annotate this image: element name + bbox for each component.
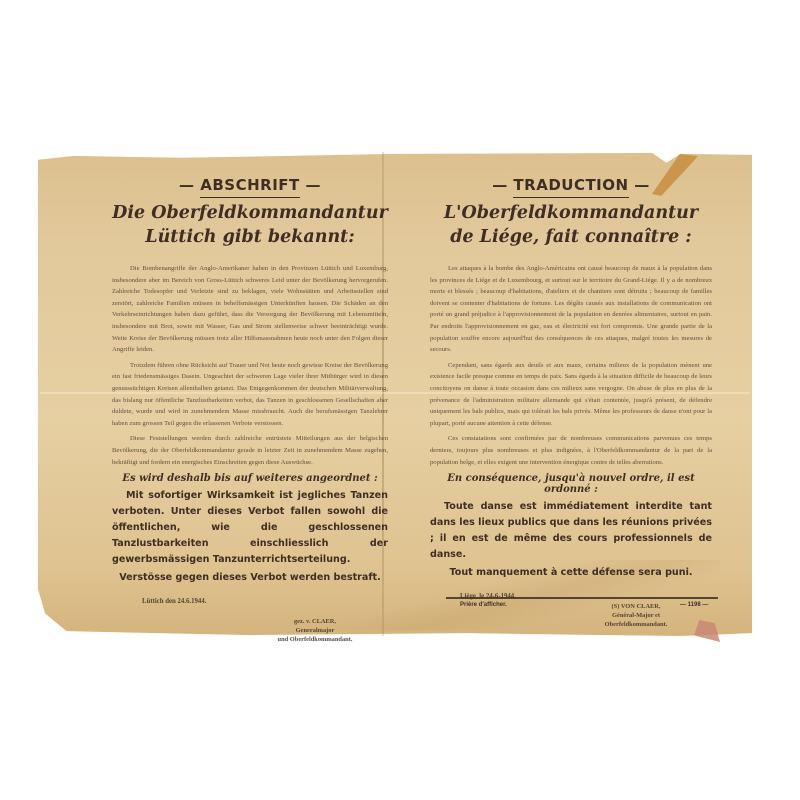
signature-line: Général-Major et: [560, 611, 712, 620]
german-order: Mit sofortiger Wirksamkeit ist jegliches…: [112, 488, 388, 568]
print-number: — 1198 —: [680, 602, 708, 608]
french-order: Toute danse est immédiatement interdite …: [430, 499, 712, 563]
footer-note: Prière d'afficher.: [460, 602, 507, 608]
french-paragraph: Cependant, sans égards aux deuils et aux…: [430, 360, 712, 430]
german-label-text: ABSCHRIFT: [200, 176, 300, 198]
french-decree: En conséquence, jusqu'à nouvel ordre, il…: [430, 473, 712, 495]
german-paragraph: Die Bombenangriffe der Anglo-Amerikaner …: [112, 263, 388, 356]
german-penalty: Verstösse gegen dieses Verbot werden bes…: [112, 570, 388, 586]
german-paragraph: Diese Feststellungen werden durch zahlre…: [112, 433, 388, 468]
signature-line: gez. v. CLAER,: [242, 617, 388, 626]
german-title-line2: Lüttich gibt bekannt:: [112, 225, 388, 249]
french-column: — TRADUCTION — L'Oberfeldkommandantur de…: [430, 176, 712, 629]
footer-rule: [446, 597, 718, 599]
german-column: — ABSCHRIFT — Die Oberfeldkommandantur L…: [112, 176, 388, 644]
german-signature: gez. v. CLAER, Generalmajor und Oberfeld…: [242, 617, 388, 644]
german-decree: Es wird deshalb bis auf weiteres angeord…: [112, 473, 388, 484]
french-label-text: TRADUCTION: [513, 176, 628, 198]
french-title-line2: de Liége, fait connaître :: [430, 225, 712, 249]
french-paragraph: Ces constatations sont confirmées par de…: [430, 433, 712, 468]
german-title-line1: Die Oberfeldkommandantur: [112, 201, 388, 225]
french-penalty: Tout manquement à cette défense sera pun…: [430, 565, 712, 581]
german-label: — ABSCHRIFT —: [112, 176, 388, 194]
german-title: Die Oberfeldkommandantur Lüttich gibt be…: [112, 201, 388, 249]
french-title: L'Oberfeldkommandantur de Liége, fait co…: [430, 201, 712, 249]
french-label: — TRADUCTION —: [430, 176, 712, 194]
signature-line: und Oberfeldkommandant.: [242, 635, 388, 644]
french-title-line1: L'Oberfeldkommandantur: [430, 201, 712, 225]
french-paragraph: Les attaques à la bombe des Anglo-Améric…: [430, 263, 712, 356]
signature-line: Generalmajor: [242, 626, 388, 635]
german-date: Lüttich den 24.6.1944.: [112, 598, 388, 605]
signature-line: Oberfeldkommandant.: [560, 620, 712, 629]
german-paragraph: Trotzdem führen ohne Rücksicht auf Traue…: [112, 360, 388, 430]
